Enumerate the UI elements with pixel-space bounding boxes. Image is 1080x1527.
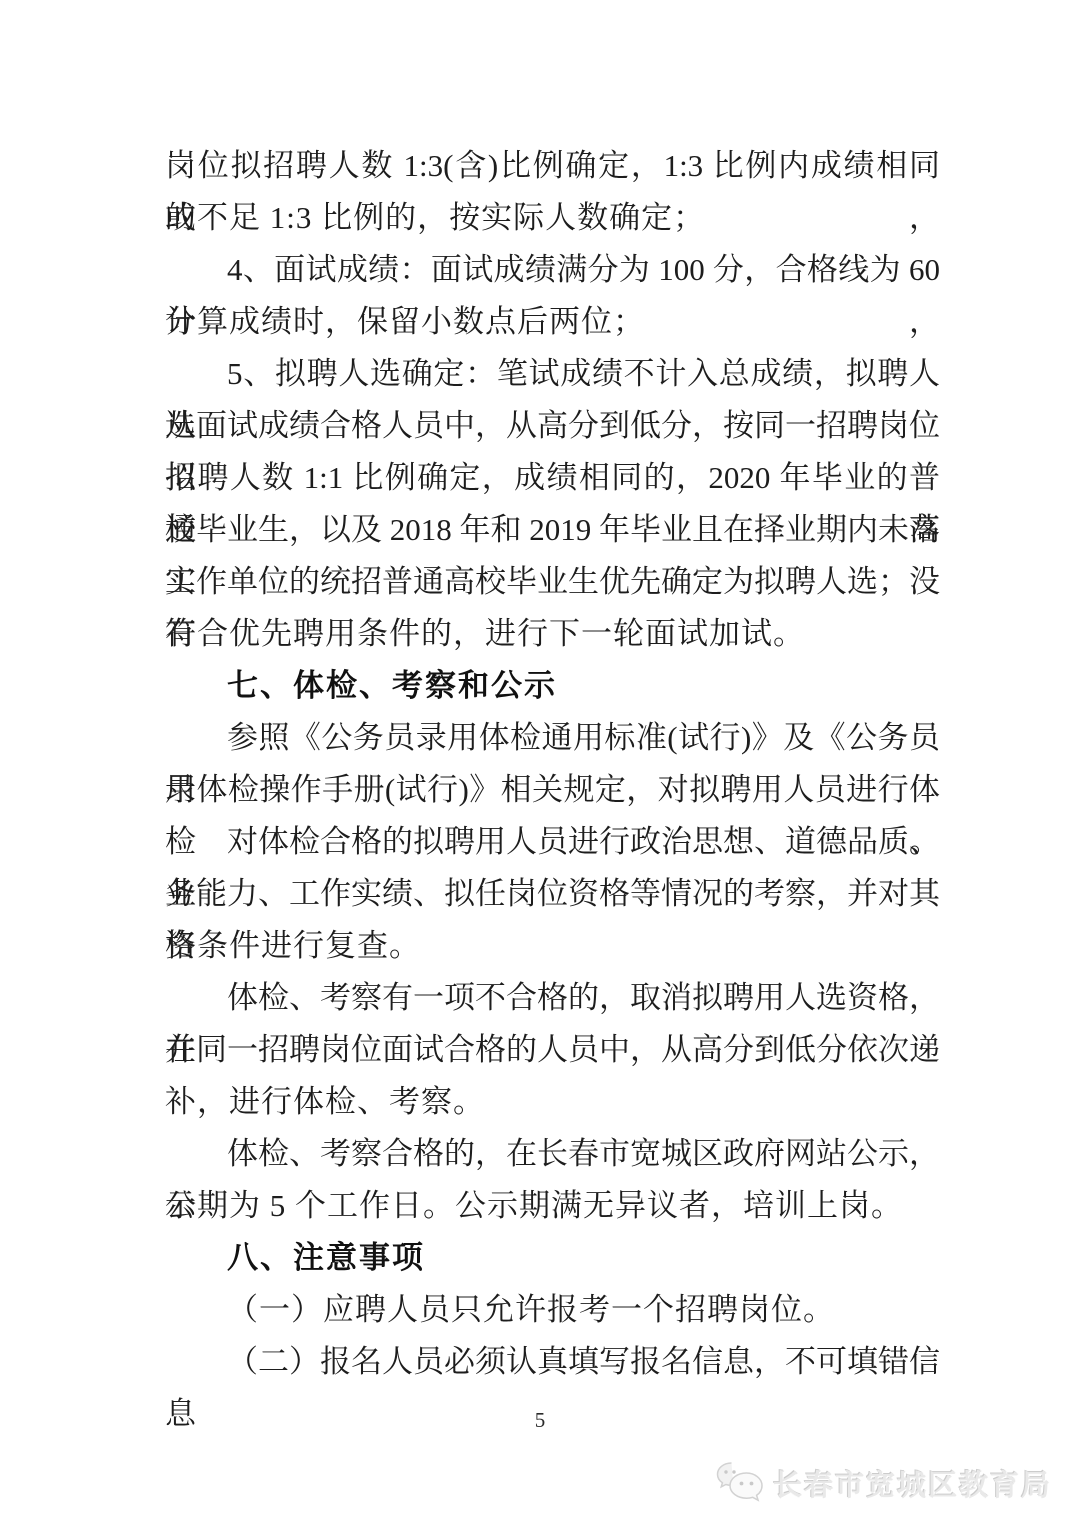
text-line: 从面试成绩合格人员中，从高分到低分，按同一招聘岗位拟 — [165, 400, 940, 452]
section-heading: 八、注意事项 — [165, 1232, 940, 1284]
text-line: （二）报名人员必须认真填写报名信息，不可填错信息 — [165, 1336, 940, 1388]
text-line: 格条件进行复查。 — [165, 920, 940, 972]
text-line: 体检、考察有一项不合格的，取消拟聘用人选资格，并 — [165, 972, 940, 1024]
text-line: 符合优先聘用条件的，进行下一轮面试加试。 — [165, 608, 940, 660]
wechat-icon — [715, 1461, 765, 1505]
text-line: 用体检操作手册(试行)》相关规定，对拟聘用人员进行体检。 — [165, 764, 940, 816]
text-line: 工作单位的统招普通高校毕业生优先确定为拟聘人选；没有 — [165, 556, 940, 608]
document-lines: 岗位拟招聘人数 1:3(含)比例确定，1:3 比例内成绩相同的，或不足 1:3 … — [165, 140, 940, 1388]
section-heading: 七、体检、考察和公示 — [165, 660, 940, 712]
text-line: 补，进行体检、考察。 — [165, 1076, 940, 1128]
text-line: （一）应聘人员只允许报考一个招聘岗位。 — [165, 1284, 940, 1336]
text-line: 务能力、工作实绩、拟任岗位资格等情况的考察，并对其资 — [165, 868, 940, 920]
text-line: 5、拟聘人选确定：笔试成绩不计入总成绩，拟聘人选 — [165, 348, 940, 400]
text-line: 在同一招聘岗位面试合格的人员中，从高分到低分依次递 — [165, 1024, 940, 1076]
text-line: 招聘人数 1:1 比例确定，成绩相同的，2020 年毕业的普通高 — [165, 452, 940, 504]
document-page: 岗位拟招聘人数 1:3(含)比例确定，1:3 比例内成绩相同的，或不足 1:3 … — [0, 0, 1080, 1527]
text-line: 参照《公务员录用体检通用标准(试行)》及《公务员录 — [165, 712, 940, 764]
footer-brand-text: 长春市宽城区教育局 — [773, 1463, 1052, 1504]
page-number: 5 — [0, 1408, 1080, 1433]
text-line: 示期为 5 个工作日。公示期满无异议者，培训上岗。 — [165, 1180, 940, 1232]
text-line: 4、面试成绩：面试成绩满分为 100 分，合格线为 60 分， — [165, 244, 940, 296]
text-line: 体检、考察合格的，在长春市宽城区政府网站公示，公 — [165, 1128, 940, 1180]
text-line: 岗位拟招聘人数 1:3(含)比例确定，1:3 比例内成绩相同的， — [165, 140, 940, 192]
footer-watermark: 长春市宽城区教育局 — [715, 1461, 1052, 1505]
text-line: 校毕业生，以及 2018 年和 2019 年毕业且在择业期内未落实 — [165, 504, 940, 556]
text-line: 对体检合格的拟聘用人员进行政治思想、道德品质、业 — [165, 816, 940, 868]
